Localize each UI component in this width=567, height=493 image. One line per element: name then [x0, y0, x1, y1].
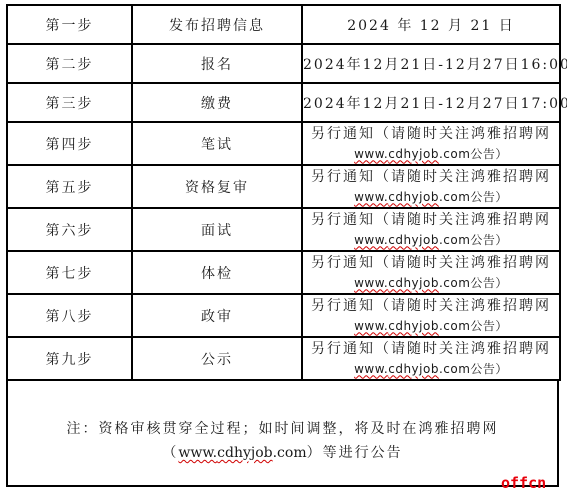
- task-cell: 缴费: [132, 83, 302, 122]
- url-www: www.: [354, 233, 388, 247]
- table-row: 第八步 政审 另行通知（请随时关注鸿雅招聘网 www.cdhyjob.com公告…: [7, 294, 560, 337]
- time-cell: 2024年12月21日-12月27日16:00: [302, 44, 560, 83]
- time-cell: 2024 年 12 月 21 日: [302, 5, 560, 44]
- step-cell: 第九步: [7, 337, 132, 380]
- task-cell: 体检: [132, 251, 302, 294]
- notice-text: 另行通知（请随时关注鸿雅招聘网: [303, 339, 559, 359]
- recruitment-schedule-table: 第一步 发布招聘信息 2024 年 12 月 21 日 第二步 报名 2024年…: [6, 4, 561, 381]
- note-line-2-tail: ）等进行公告: [307, 445, 403, 461]
- url-tail: .com公告）: [439, 362, 508, 376]
- url-domain: cdhyjob: [388, 233, 439, 247]
- table-row: 第一步 发布招聘信息 2024 年 12 月 21 日: [7, 5, 560, 44]
- url-tail: .com公告）: [439, 233, 508, 247]
- notice-url-line: www.cdhyjob.com公告）: [303, 316, 559, 336]
- url-www: www.: [354, 147, 388, 161]
- task-cell: 政审: [132, 294, 302, 337]
- notice-cell: 另行通知（请随时关注鸿雅招聘网 www.cdhyjob.com公告）: [302, 165, 560, 208]
- url-domain: cdhyjob: [388, 190, 439, 204]
- url-domain: cdhyjob: [217, 445, 272, 461]
- notice-url-line: www.cdhyjob.com公告）: [303, 187, 559, 207]
- offcn-watermark: offcn: [501, 474, 546, 492]
- url-www: www.: [354, 190, 388, 204]
- table-row: 第七步 体检 另行通知（请随时关注鸿雅招聘网 www.cdhyjob.com公告…: [7, 251, 560, 294]
- table-row: 第二步 报名 2024年12月21日-12月27日16:00: [7, 44, 560, 83]
- task-cell: 公示: [132, 337, 302, 380]
- url-domain: cdhyjob: [388, 276, 439, 290]
- notice-url-line: www.cdhyjob.com公告）: [303, 144, 559, 164]
- task-cell: 发布招聘信息: [132, 5, 302, 44]
- url-tail: .com公告）: [439, 190, 508, 204]
- notice-cell: 另行通知（请随时关注鸿雅招聘网 www.cdhyjob.com公告）: [302, 294, 560, 337]
- task-cell: 笔试: [132, 122, 302, 165]
- step-cell: 第五步: [7, 165, 132, 208]
- notice-url-line: www.cdhyjob.com公告）: [303, 359, 559, 379]
- time-cell: 2024年12月21日-12月27日17:00: [302, 83, 560, 122]
- step-cell: 第三步: [7, 83, 132, 122]
- table-row: 第九步 公示 另行通知（请随时关注鸿雅招聘网 www.cdhyjob.com公告…: [7, 337, 560, 380]
- notice-cell: 另行通知（请随时关注鸿雅招聘网 www.cdhyjob.com公告）: [302, 337, 560, 380]
- step-cell: 第六步: [7, 208, 132, 251]
- task-cell: 报名: [132, 44, 302, 83]
- url-domain: cdhyjob: [388, 147, 439, 161]
- table-row: 第三步 缴费 2024年12月21日-12月27日17:00: [7, 83, 560, 122]
- url-www: www.: [178, 445, 217, 461]
- notice-text: 另行通知（请随时关注鸿雅招聘网: [303, 210, 559, 230]
- table-row: 第六步 面试 另行通知（请随时关注鸿雅招聘网 www.cdhyjob.com公告…: [7, 208, 560, 251]
- url-tail: .com公告）: [439, 147, 508, 161]
- url-www: www.: [354, 276, 388, 290]
- url-www: www.: [354, 362, 388, 376]
- note-url: www.cdhyjob.com: [178, 445, 306, 461]
- notice-cell: 另行通知（请随时关注鸿雅招聘网 www.cdhyjob.com公告）: [302, 208, 560, 251]
- notice-text: 另行通知（请随时关注鸿雅招聘网: [303, 167, 559, 187]
- step-cell: 第二步: [7, 44, 132, 83]
- notice-cell: 另行通知（请随时关注鸿雅招聘网 www.cdhyjob.com公告）: [302, 122, 560, 165]
- url-tail: .com: [273, 445, 307, 461]
- url-domain: cdhyjob: [388, 362, 439, 376]
- note-text: 注：资格审核贯穿全过程；如时间调整，将及时在鸿雅招聘网 （www.cdhyjob…: [8, 417, 557, 465]
- table-row: 第五步 资格复审 另行通知（请随时关注鸿雅招聘网 www.cdhyjob.com…: [7, 165, 560, 208]
- step-cell: 第四步: [7, 122, 132, 165]
- step-cell: 第八步: [7, 294, 132, 337]
- notice-url-line: www.cdhyjob.com公告）: [303, 273, 559, 293]
- notice-cell: 另行通知（请随时关注鸿雅招聘网 www.cdhyjob.com公告）: [302, 251, 560, 294]
- url-tail: .com公告）: [439, 276, 508, 290]
- notice-url-line: www.cdhyjob.com公告）: [303, 230, 559, 250]
- notice-text: 另行通知（请随时关注鸿雅招聘网: [303, 296, 559, 316]
- url-domain: cdhyjob: [388, 319, 439, 333]
- task-cell: 面试: [132, 208, 302, 251]
- step-cell: 第一步: [7, 5, 132, 44]
- step-cell: 第七步: [7, 251, 132, 294]
- note-line-2: （www.cdhyjob.com）等进行公告: [8, 441, 557, 465]
- notice-text: 另行通知（请随时关注鸿雅招聘网: [303, 253, 559, 273]
- note-section: 注：资格审核贯穿全过程；如时间调整，将及时在鸿雅招聘网 （www.cdhyjob…: [6, 380, 559, 487]
- open-paren: （: [162, 445, 178, 461]
- task-cell: 资格复审: [132, 165, 302, 208]
- notice-text: 另行通知（请随时关注鸿雅招聘网: [303, 124, 559, 144]
- url-www: www.: [354, 319, 388, 333]
- note-line-1: 注：资格审核贯穿全过程；如时间调整，将及时在鸿雅招聘网: [8, 417, 557, 441]
- table-row: 第四步 笔试 另行通知（请随时关注鸿雅招聘网 www.cdhyjob.com公告…: [7, 122, 560, 165]
- url-tail: .com公告）: [439, 319, 508, 333]
